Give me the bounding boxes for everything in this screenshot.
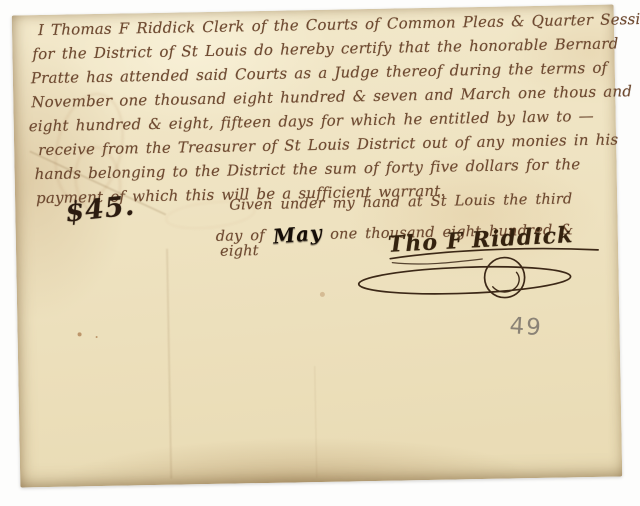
document-paper: I Thomas F Riddick Clerk of the Courts o…: [12, 5, 623, 488]
pencil-number: 49: [509, 313, 544, 341]
date-line-pre: day of: [216, 228, 273, 245]
overwritten-month: May: [272, 220, 324, 248]
attestation-line: eight: [220, 243, 259, 260]
scanner-background: I Thomas F Riddick Clerk of the Courts o…: [0, 0, 640, 506]
paper-crease: [314, 366, 317, 478]
signature-flourish-icon: [332, 245, 603, 312]
paper-crease: [166, 249, 172, 479]
ink-speck: [320, 292, 325, 297]
amount-figure: $45.: [64, 190, 137, 228]
ink-speck: [96, 336, 98, 338]
ink-speck: [78, 332, 82, 336]
